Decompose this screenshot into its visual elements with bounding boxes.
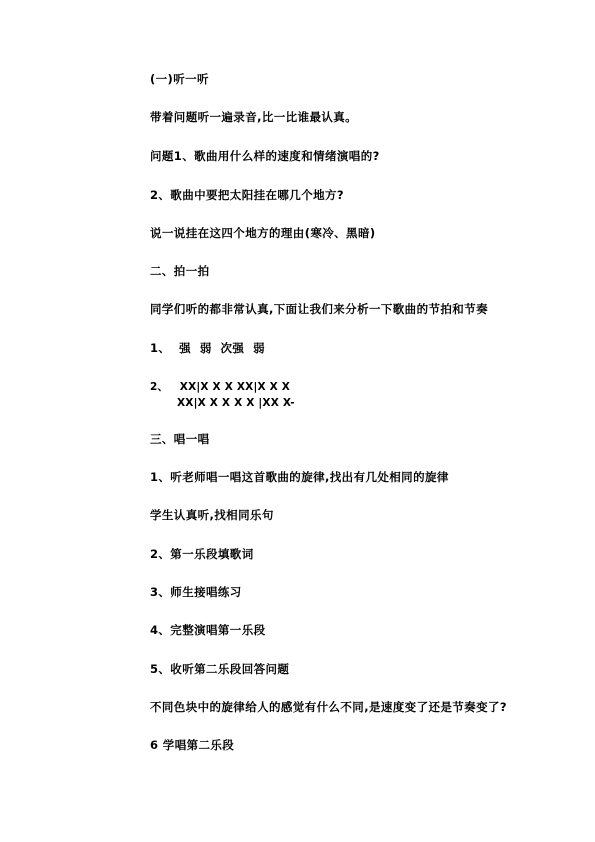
paragraph-sing-step-5: 5、收听第二乐段回答问题 bbox=[150, 663, 289, 676]
document-page: (一)听一听 带着问题听一遍录音,比一比谁最认真。 问题1、歌曲用什么样的速度和… bbox=[0, 0, 595, 842]
paragraph-sing-step-2: 2、第一乐段填歌词 bbox=[150, 548, 254, 561]
section-heading-listen: (一)听一听 bbox=[150, 73, 209, 86]
paragraph-question-2: 2、歌曲中要把太阳挂在哪几个地方? bbox=[150, 189, 344, 202]
paragraph-sing-step-4: 4、完整演唱第一乐段 bbox=[150, 624, 266, 637]
paragraph-students-listen: 学生认真听,找相同乐句 bbox=[150, 509, 274, 522]
paragraph-beat-pattern: 1、 强 弱 次强 弱 bbox=[150, 342, 265, 355]
section-heading-clap: 二、拍一拍 bbox=[150, 265, 210, 278]
paragraph-listen-intro: 带着问题听一遍录音,比一比谁最认真。 bbox=[150, 111, 357, 124]
rhythm-notation-line-2: XX|X X X X X |XX X- bbox=[177, 397, 295, 410]
paragraph-question-1: 问题1、歌曲用什么样的速度和情绪演唱的? bbox=[150, 150, 380, 163]
paragraph-sing-step-6: 6 学唱第二乐段 bbox=[150, 739, 234, 752]
paragraph-sing-step-3: 3、师生接唱练习 bbox=[150, 586, 242, 599]
paragraph-sing-step-1: 1、听老师唱一唱这首歌曲的旋律,找出有几处相同的旋律 bbox=[150, 471, 449, 484]
paragraph-discuss-reason: 说一说挂在这四个地方的理由(寒冷、黑暗) bbox=[150, 227, 376, 240]
section-heading-sing: 三、唱一唱 bbox=[150, 433, 210, 446]
paragraph-analysis-intro: 同学们听的都非常认真,下面让我们来分析一下歌曲的节拍和节奏 bbox=[150, 303, 488, 316]
paragraph-color-block-question: 不同色块中的旋律给人的感觉有什么不同,是速度变了还是节奏变了? bbox=[150, 701, 507, 714]
rhythm-notation-line-1: 2、 XX|X X X XX|X X X bbox=[150, 381, 290, 394]
